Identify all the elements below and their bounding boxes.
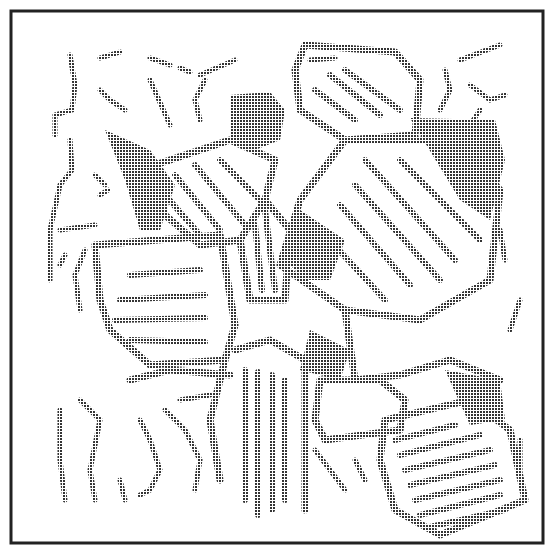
fragment-line: [100, 90, 125, 110]
fragment-line: [60, 225, 95, 230]
lamella-line: [220, 160, 265, 205]
fragment-line: [180, 395, 210, 400]
fragment-line: [150, 58, 170, 65]
fragment-line: [310, 58, 335, 60]
grain-boundary: [210, 360, 225, 480]
fragment-line: [500, 230, 505, 260]
fragment-line: [100, 52, 120, 58]
fragment-line: [60, 410, 65, 500]
fragment-line: [470, 85, 505, 100]
fragment-line: [100, 190, 108, 195]
fragment-line: [200, 60, 235, 75]
lamella-line: [130, 340, 205, 342]
fragment-line: [440, 70, 450, 110]
lamella-line: [315, 90, 355, 120]
fragment-line: [140, 420, 160, 495]
fragment-line: [75, 250, 85, 310]
fragment-line: [510, 300, 520, 330]
fragment-line: [150, 80, 170, 125]
fragment-line: [120, 480, 125, 500]
shaded-region: [410, 118, 505, 220]
grain-microstructure-figure: [0, 0, 555, 558]
fragment-line: [460, 45, 500, 60]
fragment-line: [195, 80, 205, 120]
fragment-line: [315, 450, 345, 490]
lamella-line: [265, 210, 275, 290]
fragment-line: [355, 460, 365, 480]
fragment-line: [165, 410, 200, 490]
lamella-line: [130, 270, 200, 275]
fragment-line: [60, 255, 65, 265]
fragment-line: [95, 175, 105, 185]
lamella-line: [115, 318, 205, 320]
lamella-line: [120, 295, 205, 300]
fragment-line: [55, 55, 75, 135]
lamella-line: [340, 205, 410, 285]
grain-boundary: [130, 370, 230, 380]
lamella-line: [255, 225, 262, 290]
fragment-line: [180, 68, 190, 72]
fragment-line: [80, 400, 100, 500]
grain-boundary: [315, 380, 405, 440]
